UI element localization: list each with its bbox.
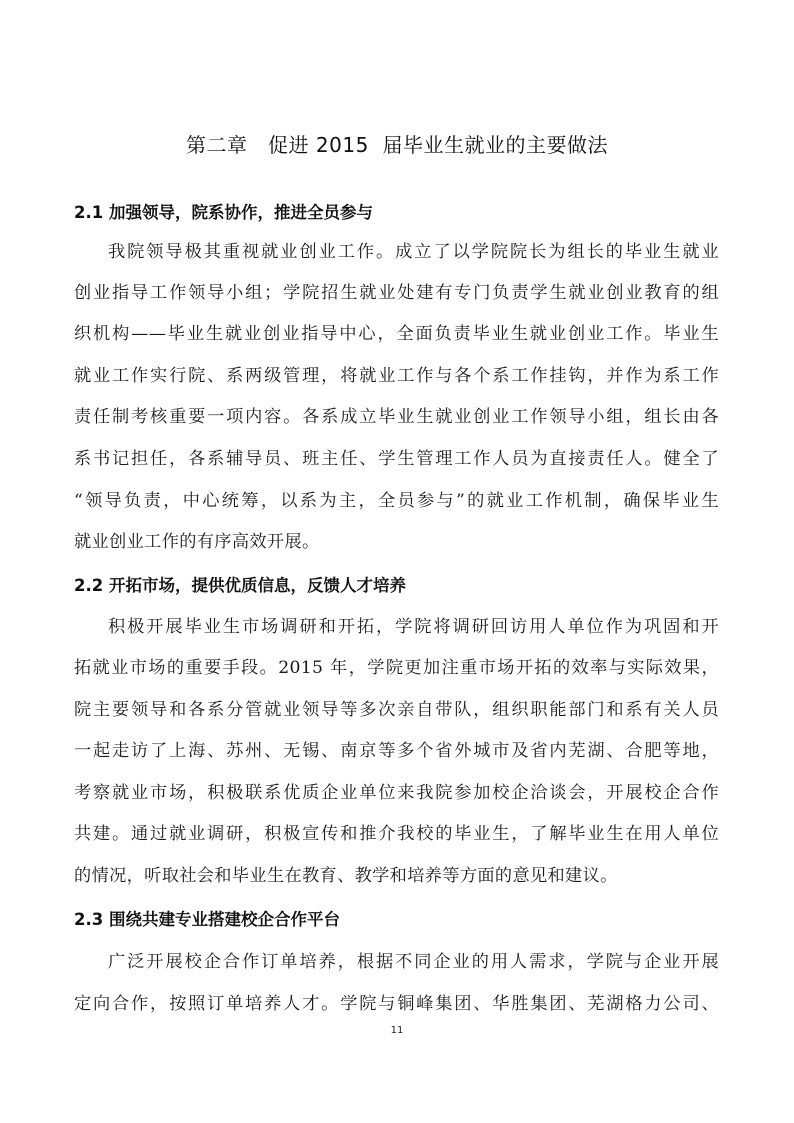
paragraph-line: 定向合作，按照订单培养人才。学院与铜峰集团、华胜集团、芜湖格力公司、 xyxy=(74,991,719,1017)
paragraph-line: 责任制考核重要一项内容。各系成立毕业生就业创业工作领导小组，组长由各 xyxy=(74,404,719,430)
paragraph-line: 一起走访了上海、苏州、无锡、南京等多个省外城市及省内芜湖、合肥等地， xyxy=(74,738,719,764)
paragraph-line: 广泛开展校企合作订单培养，根据不同企业的用人需求，学院与企业开展 xyxy=(108,949,719,975)
document-page: 第二章 促进 2015 届毕业生就业的主要做法 2.1 加强领导，院系协作，推进… xyxy=(0,0,794,1123)
paragraph-line: 考察就业市场，积极联系优质企业单位来我院参加校企洽谈会，开展校企合作 xyxy=(74,780,719,806)
section-heading-2-3: 2.3 围绕共建专业搭建校企合作平台 xyxy=(74,908,734,932)
paragraph-line: 共建。通过就业调研，积极宣传和推介我校的毕业生，了解毕业生在用人单位 xyxy=(74,821,719,847)
chapter-title: 第二章 促进 2015 届毕业生就业的主要做法 xyxy=(0,130,794,160)
paragraph-line: 我院领导极其重视就业创业工作。成立了以学院院长为组长的毕业生就业 xyxy=(108,239,719,265)
paragraph-line: 院主要领导和各系分管就业领导等多次亲自带队，组织职能部门和系有关人员 xyxy=(74,697,719,723)
section-heading-2-1: 2.1 加强领导，院系协作，推进全员参与 xyxy=(74,201,734,225)
paragraph-line: 拓就业市场的重要手段。2015 年，学院更加注重市场开拓的效率与实际效果， xyxy=(74,655,719,681)
paragraph-line: 创业指导工作领导小组；学院招生就业处建有专门负责学生就业创业教育的组 xyxy=(74,280,719,306)
section-heading-2-2: 2.2 开拓市场，提供优质信息，反馈人才培养 xyxy=(74,574,734,598)
paragraph-line: 积极开展毕业生市场调研和开拓，学院将调研回访用人单位作为巩固和开 xyxy=(108,614,719,640)
paragraph-line: 系书记担任，各系辅导员、班主任、学生管理工作人员为直接责任人。健全了 xyxy=(74,446,719,472)
paragraph-line: 就业创业工作的有序高效开展。 xyxy=(74,529,719,555)
paragraph-line: 的情况，听取社会和毕业生在教育、教学和培养等方面的意见和建议。 xyxy=(74,863,719,889)
paragraph-line: 就业工作实行院、系两级管理，将就业工作与各个系工作挂钩，并作为系工作 xyxy=(74,363,719,389)
paragraph-line: 织机构——毕业生就业创业指导中心，全面负责毕业生就业创业工作。毕业生 xyxy=(74,321,719,347)
paragraph-line: “领导负责，中心统筹，以系为主，全员参与”的就业工作机制，确保毕业生 xyxy=(74,488,719,514)
page-number: 11 xyxy=(0,1024,794,1038)
